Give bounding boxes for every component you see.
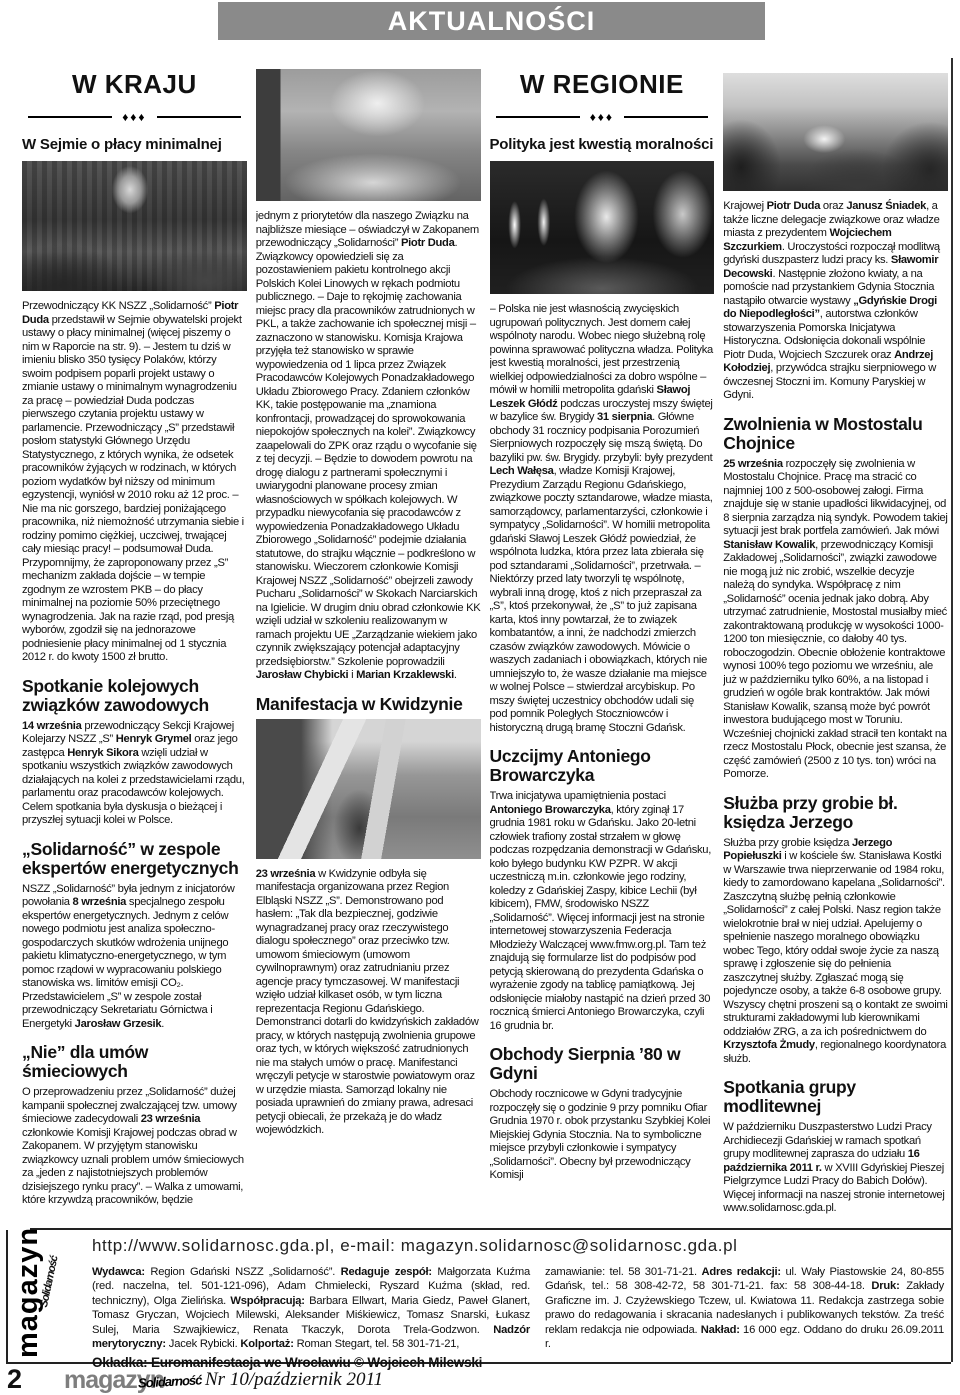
separator-line bbox=[496, 116, 580, 118]
diamonds-icon: ♦♦♦ bbox=[590, 110, 614, 124]
article-paragraph: Trwa inicjatywa upamiętnienia postaci An… bbox=[490, 790, 715, 1033]
article-paragraph: – Polska nie jest własnością zwycięskich… bbox=[490, 303, 715, 735]
imprint-columns: Wydawca: Region Gdański NSZZ „Solidarnoś… bbox=[92, 1265, 944, 1371]
article-paragraph: Służba przy grobie księdza Jerzego Popie… bbox=[723, 837, 948, 1067]
separator-line bbox=[157, 116, 241, 118]
column-region-1: W REGIONIE ♦♦♦ Polityka jest kwestią mor… bbox=[490, 55, 715, 1223]
article-heading: Obchody Sierpnia ’80 w Gdyni bbox=[490, 1045, 715, 1083]
magazine-logo: magazyn Solidarność bbox=[64, 1366, 164, 1395]
section-separator: ♦♦♦ bbox=[28, 110, 241, 124]
section-title-w-kraju: W KRAJU bbox=[22, 69, 247, 100]
article-paragraph: Krajowej Piotr Duda oraz Janusz Śniadek,… bbox=[723, 200, 948, 403]
website-email-line: http://www.solidarnosc.gda.pl, e-mail: m… bbox=[92, 1236, 944, 1256]
article-paragraph: 25 września rozpoczęły się zwolnienia w … bbox=[723, 458, 948, 782]
article-heading: Zwolnienia w Mostostalu Chojnice bbox=[723, 415, 948, 453]
article-paragraph: jednym z priorytetów dla naszego Związku… bbox=[256, 210, 481, 683]
article-paragraph: Obchody rocznicowe w Gdyni tradycyjnie r… bbox=[490, 1088, 715, 1183]
newspaper-page: AKTUALNOŚCI W KRAJU ♦♦♦ W Sejmie o płacy… bbox=[0, 0, 960, 1395]
imprint-left-text: Wydawca: Region Gdański NSZZ „Solidarnoś… bbox=[92, 1266, 530, 1350]
photo-street-march bbox=[256, 719, 481, 859]
article-heading: Manifestacja w Kwidzynie bbox=[256, 695, 481, 714]
photo-sejm-debate bbox=[22, 161, 247, 291]
article-heading: Spotkania grupy modlitewnej bbox=[723, 1078, 948, 1116]
photo-conference-room bbox=[256, 69, 481, 201]
article-heading: „Nie” dla umów śmieciowych bbox=[22, 1043, 247, 1081]
article-heading: Uczcijmy Antoniego Browarczyka bbox=[490, 747, 715, 785]
article-paragraph: 23 września w Kwidzynie odbyła się manif… bbox=[256, 868, 481, 1138]
article-columns: W KRAJU ♦♦♦ W Sejmie o płacy minimalnej … bbox=[22, 55, 948, 1223]
page-edge-rule bbox=[951, 58, 953, 1362]
article-heading: Służba przy grobie bł. księdza Jerzego bbox=[723, 794, 948, 832]
solidarnosc-wordmark: Solidarność bbox=[138, 1372, 202, 1390]
footer-left-rule bbox=[6, 1230, 8, 1362]
section-separator: ♦♦♦ bbox=[496, 110, 709, 124]
article-heading: Spotkanie kolejowych związków zawodowych bbox=[22, 677, 247, 715]
section-title-w-regionie: W REGIONIE bbox=[490, 69, 715, 100]
section-banner: AKTUALNOŚCI bbox=[218, 2, 765, 40]
column-kraj-2: jednym z priorytetów dla naszego Związku… bbox=[256, 55, 481, 1223]
article-paragraph: Przewodniczący KK NSZZ „Solidarność” Pio… bbox=[22, 300, 247, 665]
bottom-strip: 2 magazyn Solidarność Nr 10/październik … bbox=[0, 1364, 960, 1395]
article-paragraph: NSZZ „Solidarność” była jednym z inicjat… bbox=[22, 883, 247, 1032]
diamonds-icon: ♦♦♦ bbox=[122, 110, 146, 124]
section-banner-title: AKTUALNOŚCI bbox=[388, 6, 596, 37]
article-subhead: Polityka jest kwestią moralności bbox=[490, 136, 715, 153]
article-paragraph: W październiku Duszpasterstwo Ludzi Prac… bbox=[723, 1121, 948, 1216]
article-heading: „Solidarność” w zespole ekspertów energe… bbox=[22, 840, 247, 878]
page-number: 2 bbox=[7, 1364, 22, 1395]
imprint-block: http://www.solidarnosc.gda.pl, e-mail: m… bbox=[92, 1236, 944, 1371]
imprint-right-column: zamawianie: tel. 58 301-71-21. Adres red… bbox=[545, 1265, 944, 1371]
column-region-2: Krajowej Piotr Duda oraz Janusz Śniadek,… bbox=[723, 55, 948, 1223]
separator-line bbox=[624, 116, 708, 118]
photo-wreath-ceremony bbox=[723, 73, 948, 191]
footer-top-rule bbox=[30, 1228, 951, 1230]
article-paragraph: 14 września przewodniczący Sekcji Krajow… bbox=[22, 720, 247, 828]
photo-holy-mass bbox=[490, 161, 715, 294]
issue-label: Nr 10/październik 2011 bbox=[205, 1369, 383, 1391]
imprint-left-column: Wydawca: Region Gdański NSZZ „Solidarnoś… bbox=[92, 1265, 530, 1371]
separator-line bbox=[28, 116, 112, 118]
article-paragraph: O przeprowadzeniu przez „Solidarność” du… bbox=[22, 1086, 247, 1208]
article-subhead: W Sejmie o płacy minimalnej bbox=[22, 136, 247, 153]
column-kraj-1: W KRAJU ♦♦♦ W Sejmie o płacy minimalnej … bbox=[22, 55, 247, 1223]
